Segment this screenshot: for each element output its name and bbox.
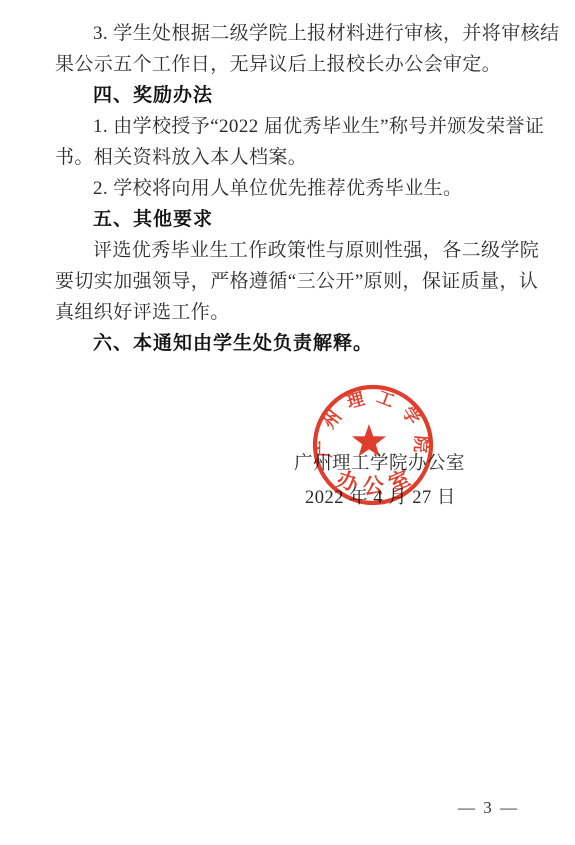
paragraph-line: 要切实加强领导，严格遵循“三公开”原则，保证质量，认	[55, 266, 521, 297]
section-heading: 四、奖励办法	[55, 80, 521, 111]
paragraph-line: 3. 学生处根据二级学院上报材料进行审核，并将审核结	[55, 18, 521, 49]
paragraph-line: 真组织好评选工作。	[55, 297, 521, 328]
paragraph-line: 评选优秀毕业生工作政策性与原则性强，各二级学院	[55, 235, 521, 266]
official-seal-stamp: 广州理工学院 办公室	[305, 377, 441, 513]
section-heading: 六、本通知由学生处负责解释。	[55, 328, 521, 359]
paragraph-line: 1. 由学校授予“2022 届优秀毕业生”称号并颁发荣誉证	[55, 111, 521, 142]
section-heading: 五、其他要求	[55, 204, 521, 235]
paragraph-line: 果公示五个工作日，无异议后上报校长办公会审定。	[55, 49, 521, 80]
paragraph-line: 2. 学校将向用人单位优先推荐优秀毕业生。	[55, 173, 521, 204]
star-icon	[352, 424, 386, 457]
page-number: — 3 —	[450, 798, 525, 818]
document-page: 3. 学生处根据二级学院上报材料进行审核，并将审核结 果公示五个工作日，无异议后…	[0, 0, 575, 845]
notice-body: 3. 学生处根据二级学院上报材料进行审核，并将审核结 果公示五个工作日，无异议后…	[55, 18, 521, 359]
paragraph-line: 书。相关资料放入本人档案。	[55, 142, 521, 173]
